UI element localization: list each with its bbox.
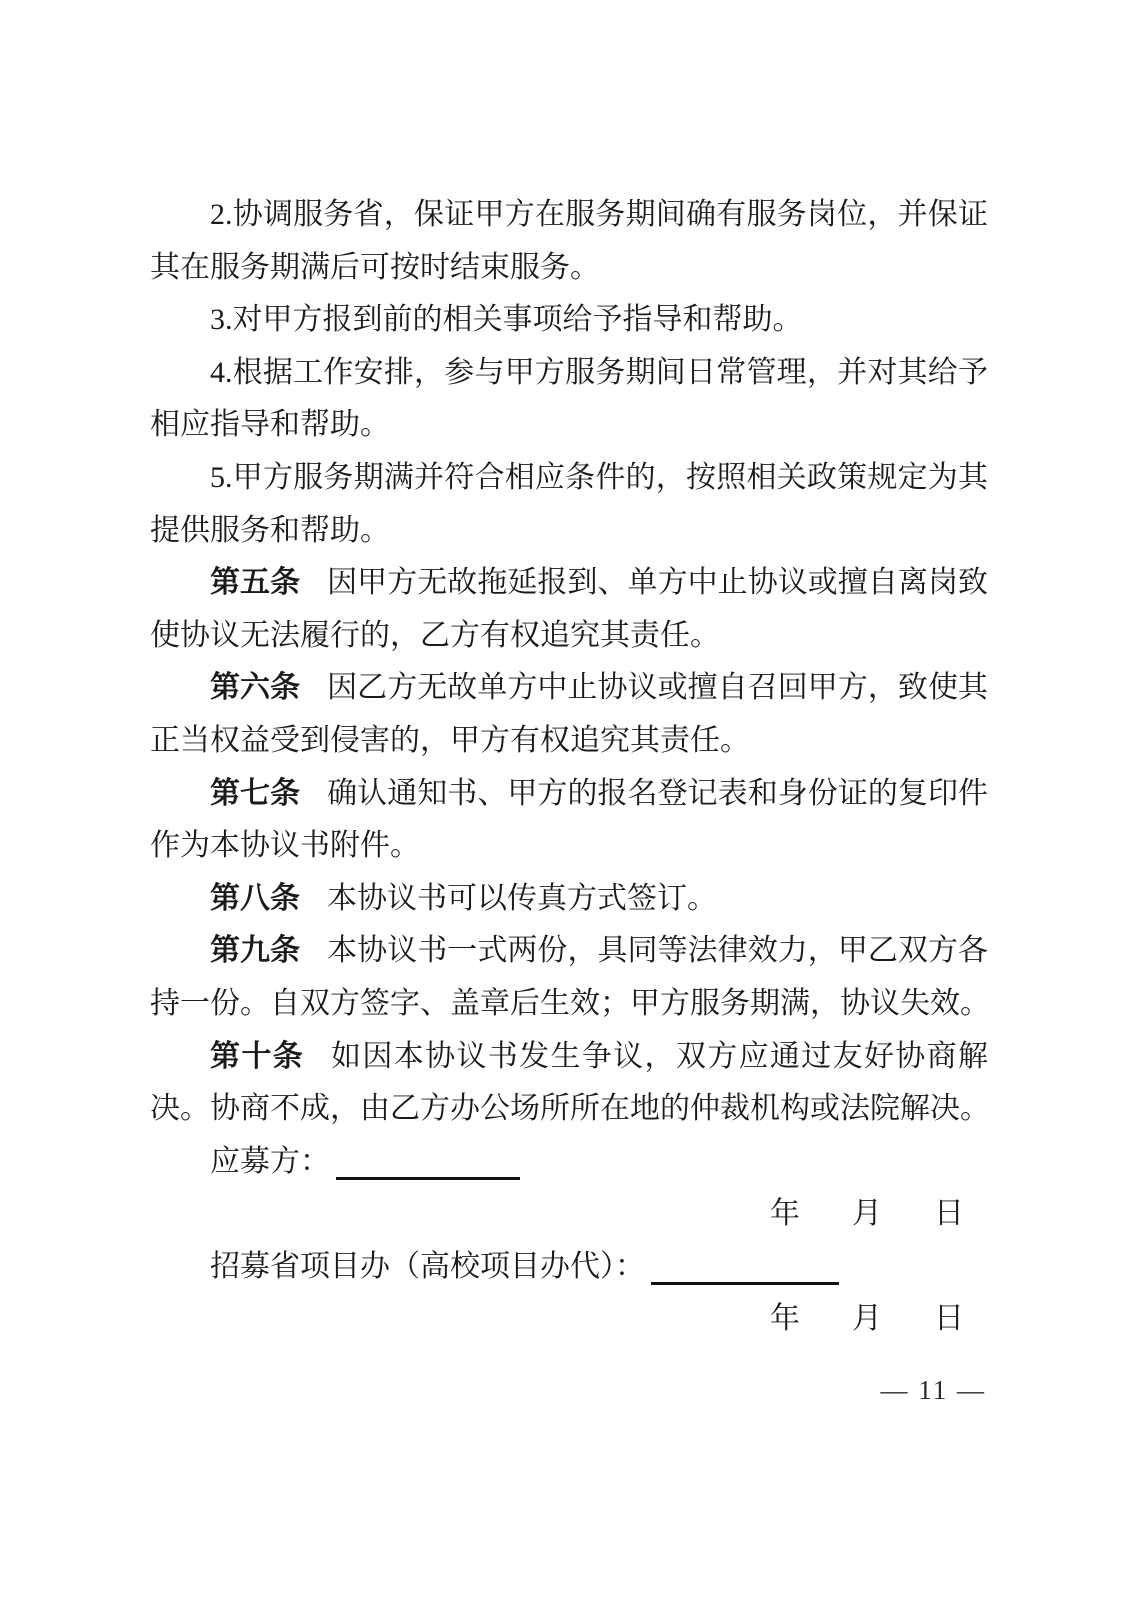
recruiting-office-signature-blank-line [651,1252,839,1285]
recruiting-office-label: 招募省项目办（高校项目办代）： [210,1250,645,1283]
applicant-party-label: 应募方： [210,1145,330,1178]
doc-line: 提供服务和帮助。 [150,505,988,558]
applicant-signature-blank-line [336,1147,520,1180]
doc-line: 5.甲方服务期满并符合相应条件的，按照相关政策规定为其 [150,452,988,505]
doc-line-text: 使协议无法履行的，乙方有权追究其责任。 [150,619,720,652]
doc-line-text: 其在服务期满后可按时结束服务。 [150,251,600,284]
doc-line: 决。协商不成，由乙方办公场所所在地的仲裁机构或法院解决。 [150,1083,988,1136]
page-number: — 11 — [150,1372,988,1408]
doc-line-text: 因乙方无故单方中止协议或擅自召回甲方，致使其 [327,671,988,704]
clause-heading: 第七条 [210,777,300,810]
doc-line-text: 正当权益受到侵害的，甲方有权追究其责任。 [150,724,750,757]
doc-line: 相应指导和帮助。 [150,399,988,452]
doc-line: 第七条确认通知书、甲方的报名登记表和身份证的复印件 [150,768,988,821]
doc-line: 使协议无法履行的，乙方有权追究其责任。 [150,610,988,663]
clause-heading: 第五条 [210,566,300,599]
day-label: 日 [934,1188,964,1241]
year-label: 年 [770,1188,800,1241]
doc-line: 第六条因乙方无故单方中止协议或擅自召回甲方，致使其 [150,662,988,715]
month-label: 月 [852,1293,882,1346]
doc-line-text: 持一份。自双方签字、盖章后生效；甲方服务期满，协议失效。 [150,987,990,1020]
clause-heading: 第八条 [210,882,300,915]
document-body: 2.协调服务省，保证甲方在服务期间确有服务岗位，并保证其在服务期满后可按时结束服… [150,189,988,1136]
signature-row-applicant: 应募方： [150,1136,988,1189]
clause-heading: 第九条 [210,934,300,967]
date-row-applicant: 年 月 日 [770,1188,988,1241]
signature-row-recruiting-office: 招募省项目办（高校项目办代）： [150,1241,988,1294]
doc-line: 第九条本协议书一式两份，具同等法律效力，甲乙双方各 [150,925,988,978]
doc-line: 持一份。自双方签字、盖章后生效；甲方服务期满，协议失效。 [150,978,988,1031]
doc-line-text: 4.根据工作安排，参与甲方服务期间日常管理，并对其给予 [210,356,988,389]
doc-line: 正当权益受到侵害的，甲方有权追究其责任。 [150,715,988,768]
doc-line-text: 作为本协议书附件。 [150,829,420,862]
doc-line-text: 5.甲方服务期满并符合相应条件的，按照相关政策规定为其 [210,461,988,494]
doc-line: 3.对甲方报到前的相关事项给予指导和帮助。 [150,294,988,347]
doc-line: 第十条如因本协议书发生争议，双方应通过友好协商解 [150,1031,988,1084]
doc-line-text: 决。协商不成，由乙方办公场所所在地的仲裁机构或法院解决。 [150,1092,990,1125]
doc-line-text: 确认通知书、甲方的报名登记表和身份证的复印件 [327,777,988,810]
doc-line: 2.协调服务省，保证甲方在服务期间确有服务岗位，并保证 [150,189,988,242]
doc-line-text: 本协议书可以传真方式签订。 [327,882,717,915]
doc-line-text: 如因本协议书发生争议，双方应通过友好协商解 [331,1040,988,1073]
doc-line-text: 因甲方无故拖延报到、单方中止协议或擅自离岗致 [327,566,988,599]
document-page: 2.协调服务省，保证甲方在服务期间确有服务岗位，并保证其在服务期满后可按时结束服… [0,0,1131,1600]
clause-heading: 第六条 [210,671,300,704]
date-row-recruiting-office: 年 月 日 [770,1293,988,1346]
doc-line: 4.根据工作安排，参与甲方服务期间日常管理，并对其给予 [150,347,988,400]
doc-line: 第五条因甲方无故拖延报到、单方中止协议或擅自离岗致 [150,557,988,610]
doc-line-text: 3.对甲方报到前的相关事项给予指导和帮助。 [210,303,803,336]
year-label: 年 [770,1293,800,1346]
doc-line-text: 提供服务和帮助。 [150,514,390,547]
doc-line-text: 相应指导和帮助。 [150,408,390,441]
doc-line: 作为本协议书附件。 [150,820,988,873]
doc-line: 其在服务期满后可按时结束服务。 [150,242,988,295]
day-label: 日 [934,1293,964,1346]
doc-line: 第八条本协议书可以传真方式签订。 [150,873,988,926]
month-label: 月 [852,1188,882,1241]
doc-line-text: 2.协调服务省，保证甲方在服务期间确有服务岗位，并保证 [210,198,988,231]
clause-heading: 第十条 [210,1040,304,1073]
doc-line-text: 本协议书一式两份，具同等法律效力，甲乙双方各 [327,934,988,967]
